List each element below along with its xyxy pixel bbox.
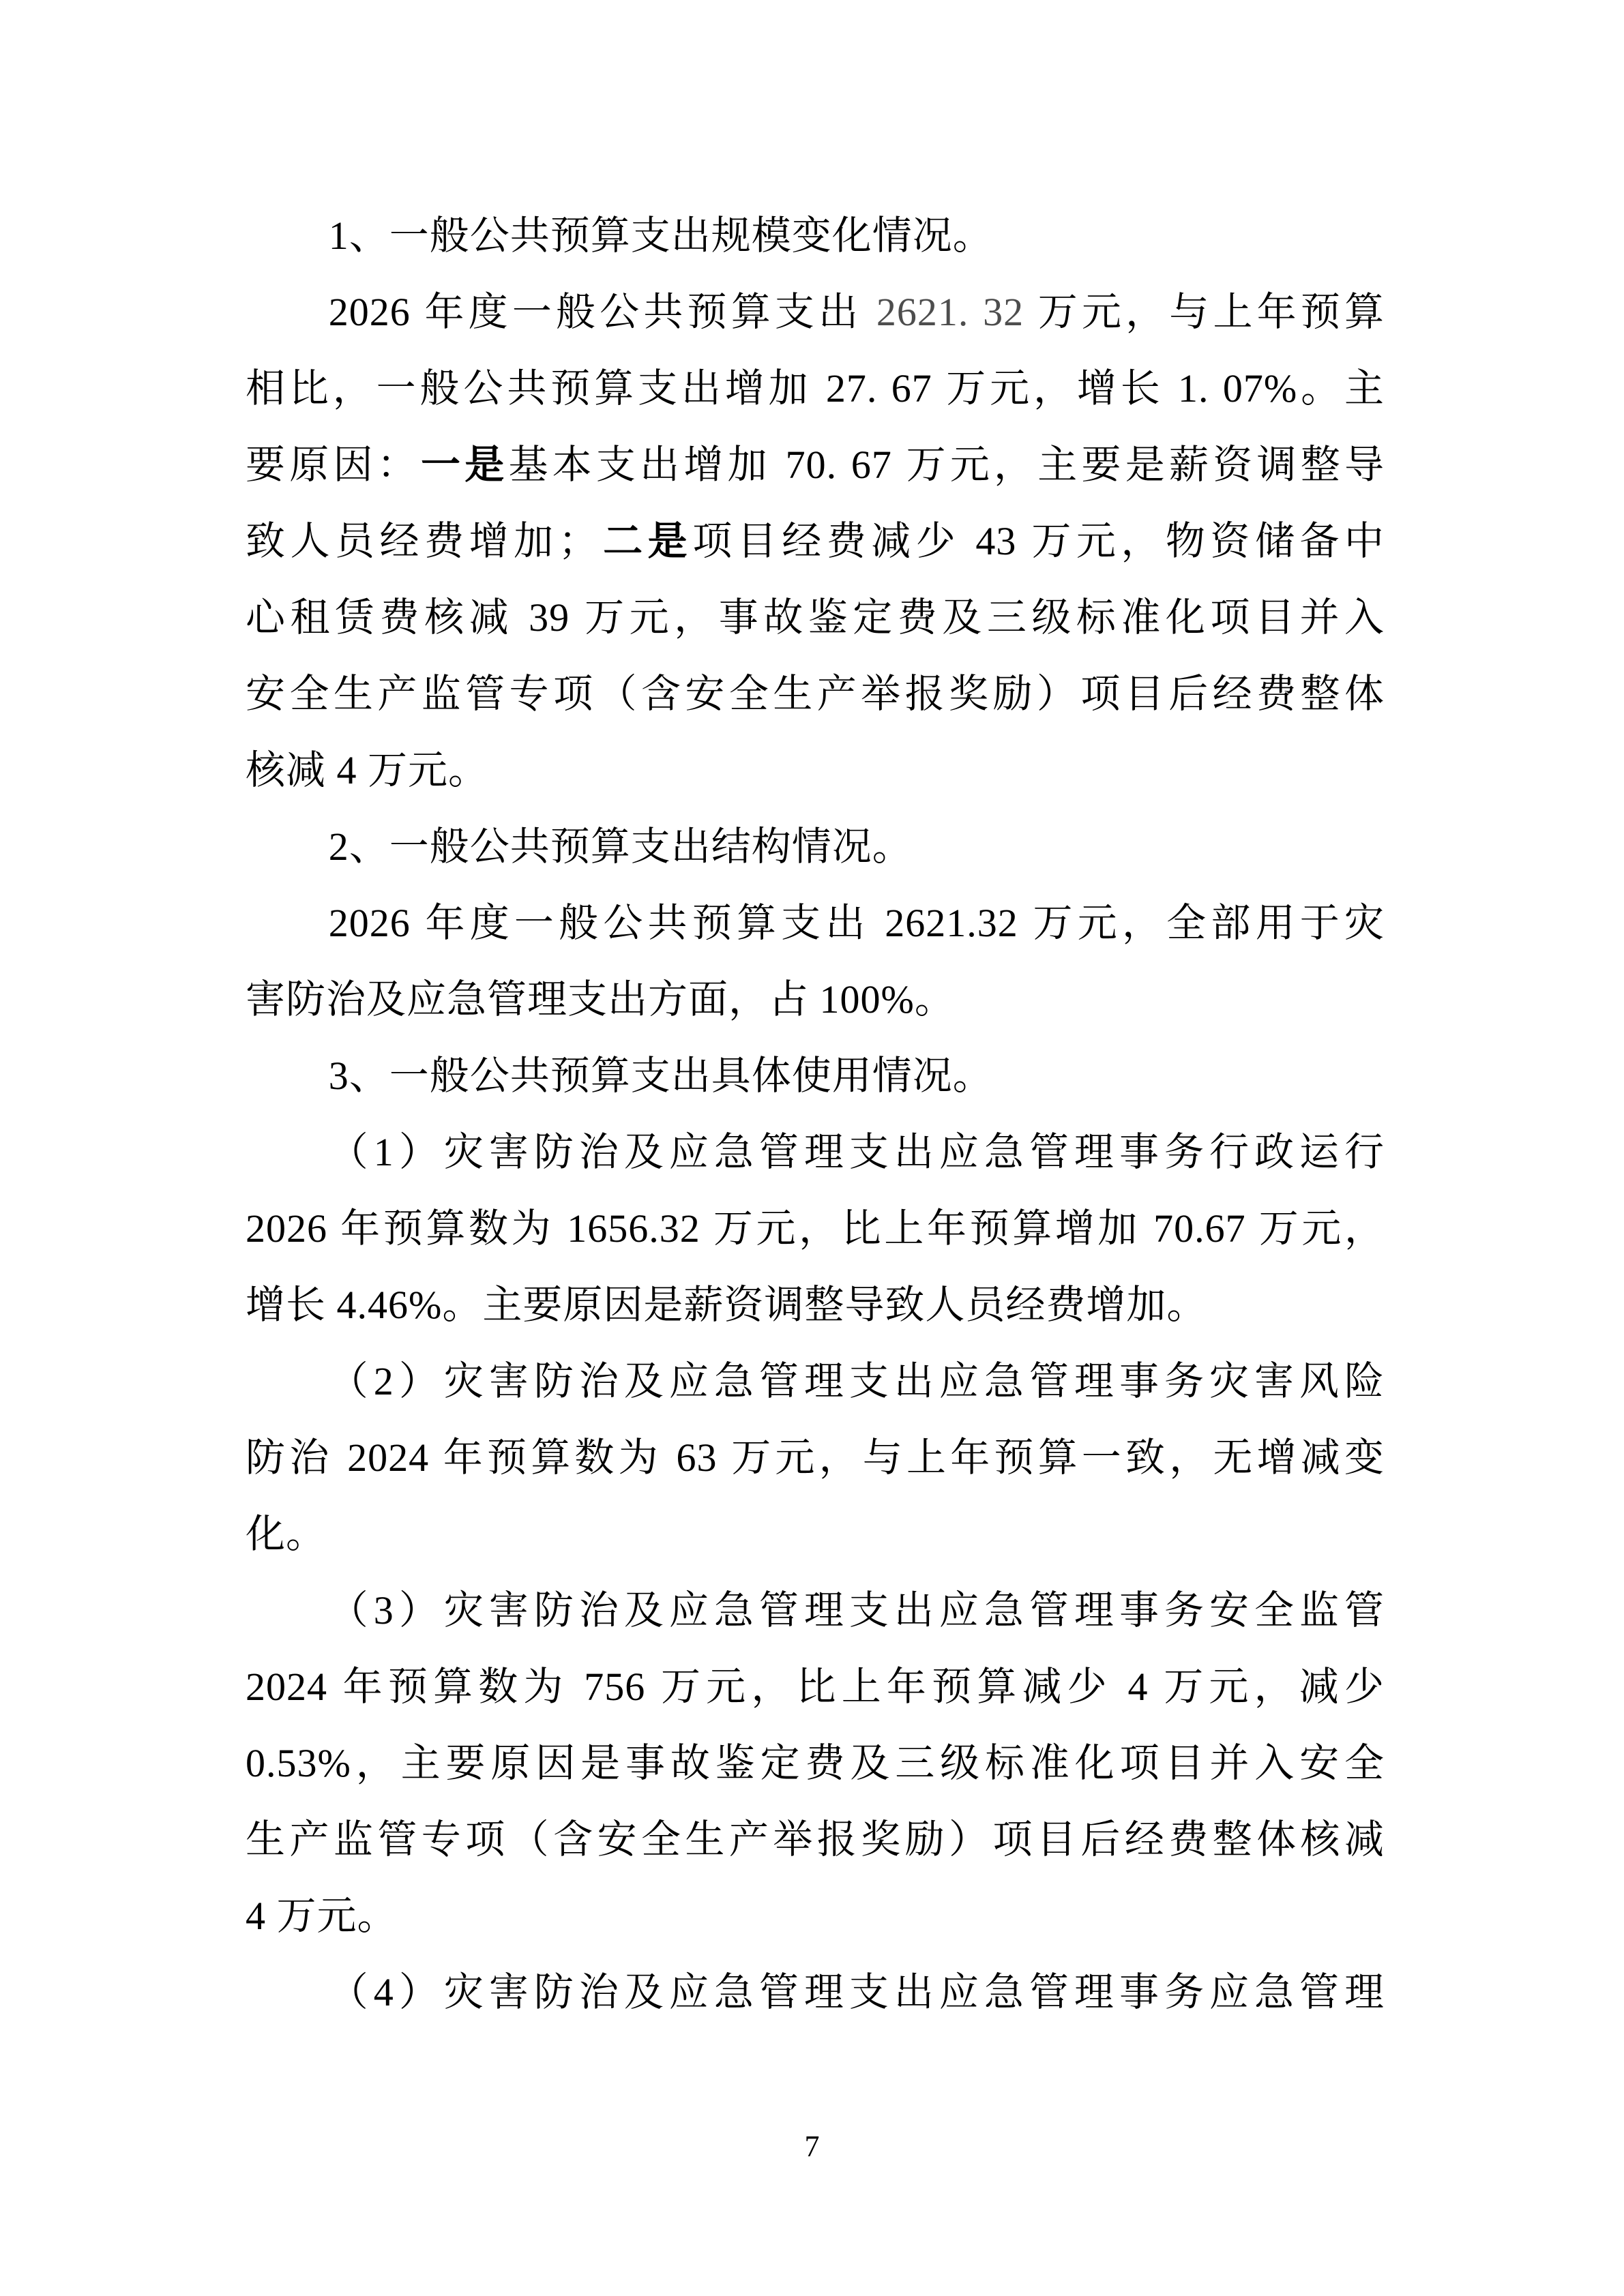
text-line: （2）灾害防治及应急管理支出应急管理事务灾害风险 — [246, 1343, 1385, 1420]
text-run: 安全生产监管专项（含安全生产举报奖励）项目后经费整体 — [246, 672, 1385, 716]
text-line: 要原因：一是基本支出增加 70. 67 万元，主要是薪资调整导 — [246, 427, 1385, 503]
bold-run: 二是 — [599, 519, 693, 563]
text-run: （1）灾害防治及应急管理支出应急管理事务行政运行 — [329, 1130, 1385, 1174]
text-line: 增长 4.46%。主要原因是薪资调整导致人员经费增加。 — [246, 1267, 1385, 1343]
text-run: 要原因： — [246, 443, 421, 487]
muted-number-run: 2621. 32 — [876, 290, 1024, 334]
text-line: 化。 — [246, 1496, 1385, 1572]
text-run: 2026 年度一般公共预算支出 2621.32 万元，全部用于灾 — [329, 901, 1385, 945]
heading-line-3: 3、一般公共预算支出具体使用情况。 — [246, 1038, 1385, 1114]
text-run: 增长 4.46%。主要原因是薪资调整导致人员经费增加。 — [246, 1283, 1207, 1327]
text-run: 相比，一般公共预算支出增加 27. 67 万元，增长 1. 07%。主 — [246, 366, 1385, 411]
text-run: 项目经费减少 43 万元，物资储备中 — [692, 519, 1385, 563]
text-run: 2026 年度一般公共预算支出 — [329, 290, 876, 334]
bold-run: 一是 — [421, 443, 508, 487]
text-line: 致人员经费增加；二是项目经费减少 43 万元，物资储备中 — [246, 503, 1385, 580]
text-line: 0.53%，主要原因是事故鉴定费及三级标准化项目并入安全 — [246, 1725, 1385, 1802]
text-line: 害防治及应急管理支出方面，占 100%。 — [246, 961, 1385, 1038]
text-line: 4 万元。 — [246, 1878, 1385, 1954]
text-line: （1）灾害防治及应急管理支出应急管理事务行政运行 — [246, 1114, 1385, 1191]
body-text-block: 1、一般公共预算支出规模变化情况。 2026 年度一般公共预算支出 2621. … — [246, 198, 1385, 2031]
text-run: 致人员经费增加； — [246, 519, 599, 563]
text-line: 安全生产监管专项（含安全生产举报奖励）项目后经费整体 — [246, 656, 1385, 732]
text-line: 生产监管专项（含安全生产举报奖励）项目后经费整体核减 — [246, 1802, 1385, 1878]
text-run: 2024 年预算数为 756 万元，比上年预算减少 4 万元，减少 — [246, 1665, 1385, 1709]
text-run: 万元，与上年预算 — [1024, 290, 1385, 334]
text-line: 2026 年度一般公共预算支出 2621.32 万元，全部用于灾 — [246, 885, 1385, 961]
text-line: 2026 年度一般公共预算支出 2621. 32 万元，与上年预算 — [246, 274, 1385, 351]
text-run: 0.53%，主要原因是事故鉴定费及三级标准化项目并入安全 — [246, 1741, 1385, 1785]
text-run: 化。 — [246, 1512, 326, 1556]
text-run: 害防治及应急管理支出方面，占 100%。 — [246, 977, 955, 1022]
text-run: （3）灾害防治及应急管理支出应急管理事务安全监管 — [329, 1588, 1385, 1632]
text-line: 2026 年预算数为 1656.32 万元，比上年预算增加 70.67 万元， — [246, 1191, 1385, 1267]
text-line: 相比，一般公共预算支出增加 27. 67 万元，增长 1. 07%。主 — [246, 351, 1385, 427]
text-run: 1、一般公共预算支出规模变化情况。 — [329, 213, 993, 258]
text-line: （3）灾害防治及应急管理支出应急管理事务安全监管 — [246, 1572, 1385, 1649]
text-run: 2、一般公共预算支出结构情况。 — [329, 824, 913, 869]
text-line: 2024 年预算数为 756 万元，比上年预算减少 4 万元，减少 — [246, 1649, 1385, 1725]
heading-line-1: 1、一般公共预算支出规模变化情况。 — [246, 198, 1385, 274]
heading-line-2: 2、一般公共预算支出结构情况。 — [246, 809, 1385, 885]
text-run: 核减 4 万元。 — [246, 748, 488, 792]
text-run: 4 万元。 — [246, 1894, 398, 1938]
text-run: 3、一般公共预算支出具体使用情况。 — [329, 1054, 993, 1098]
document-page: 1、一般公共预算支出规模变化情况。 2026 年度一般公共预算支出 2621. … — [0, 0, 1624, 2296]
text-run: （4）灾害防治及应急管理支出应急管理事务应急管理 — [329, 1970, 1385, 2014]
text-run: 生产监管专项（含安全生产举报奖励）项目后经费整体核减 — [246, 1817, 1385, 1862]
text-run: 2026 年预算数为 1656.32 万元，比上年预算增加 70.67 万元， — [246, 1206, 1385, 1251]
text-line: 心租赁费核减 39 万元，事故鉴定费及三级标准化项目并入 — [246, 580, 1385, 656]
page-footer: 7 — [0, 2126, 1624, 2167]
text-run: 基本支出增加 70. 67 万元，主要是薪资调整导 — [508, 443, 1385, 487]
page-number: 7 — [805, 2130, 820, 2163]
text-line: （4）灾害防治及应急管理支出应急管理事务应急管理 — [246, 1954, 1385, 2031]
text-run: （2）灾害防治及应急管理支出应急管理事务灾害风险 — [329, 1359, 1385, 1403]
text-line: 核减 4 万元。 — [246, 732, 1385, 809]
text-line: 防治 2024 年预算数为 63 万元，与上年预算一致，无增减变 — [246, 1420, 1385, 1496]
text-run: 心租赁费核减 39 万元，事故鉴定费及三级标准化项目并入 — [246, 595, 1385, 640]
text-run: 防治 2024 年预算数为 63 万元，与上年预算一致，无增减变 — [246, 1435, 1385, 1480]
